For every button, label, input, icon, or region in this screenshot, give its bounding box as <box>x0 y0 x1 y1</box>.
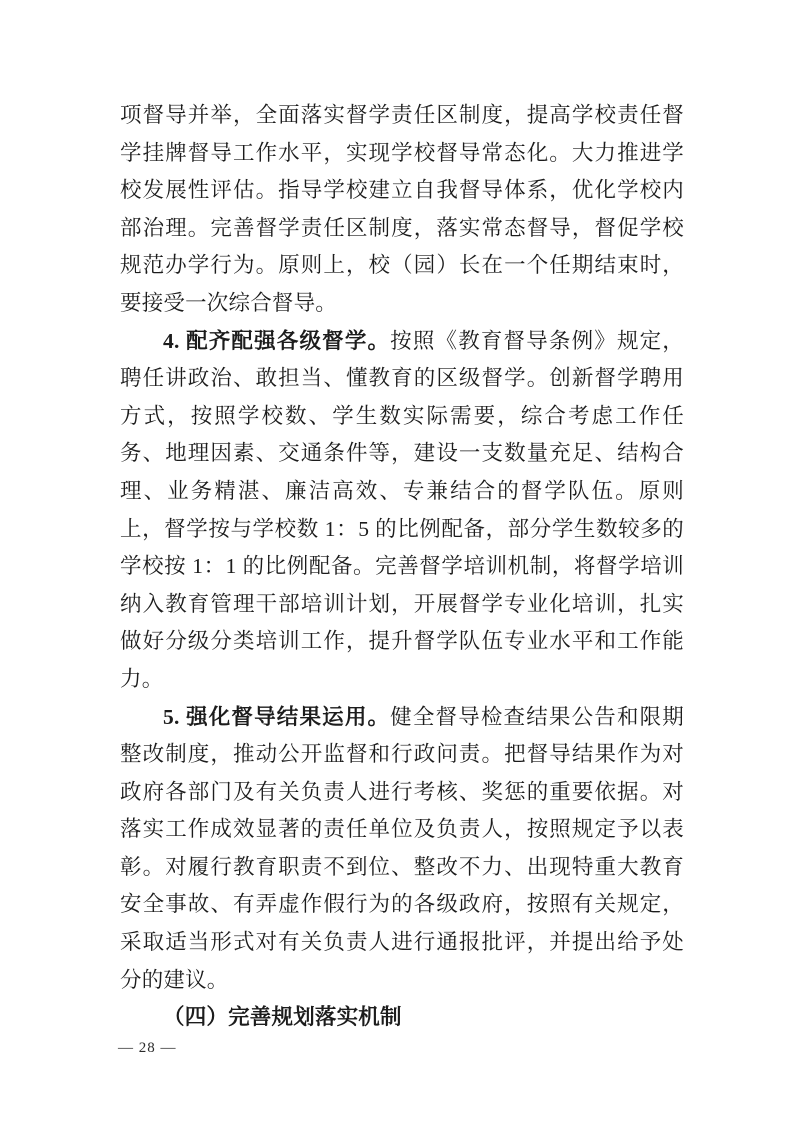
document-body: 项督导并举，全面落实督学责任区制度，提高学校责任督学挂牌督导工作水平，实现学校督… <box>120 97 684 1037</box>
document-page: 项督导并举，全面落实督学责任区制度，提高学校责任督学挂牌督导工作水平，实现学校督… <box>0 0 793 1122</box>
paragraph: 4. 配齐配强各级督学。按照《教育督导条例》规定，聘任讲政治、敢担当、懂教育的区… <box>120 323 684 699</box>
paragraph: 5. 强化督导结果运用。健全督导检查结果公告和限期整改制度，推动公开监督和行政问… <box>120 699 684 1000</box>
text-segment: 按照《教育督导条例》规定，聘任讲政治、敢担当、懂教育的区级督学。创新督学聘用方式… <box>120 329 684 691</box>
text-segment: 项督导并举，全面落实督学责任区制度，提高学校责任督学挂牌督导工作水平，实现学校督… <box>120 103 684 315</box>
page-number: — 28 — <box>118 1040 177 1057</box>
text-segment: 5. 强化督导结果运用。 <box>163 705 390 729</box>
text-segment: 健全督导检查结果公告和限期整改制度，推动公开监督和行政问责。把督导结果作为对政府… <box>120 705 684 992</box>
paragraph: （四）完善规划落实机制 <box>120 999 684 1037</box>
paragraph: 项督导并举，全面落实督学责任区制度，提高学校责任督学挂牌督导工作水平，实现学校督… <box>120 97 684 323</box>
text-segment: （四）完善规划落实机制 <box>163 1005 402 1029</box>
text-segment: 4. 配齐配强各级督学。 <box>163 329 390 353</box>
